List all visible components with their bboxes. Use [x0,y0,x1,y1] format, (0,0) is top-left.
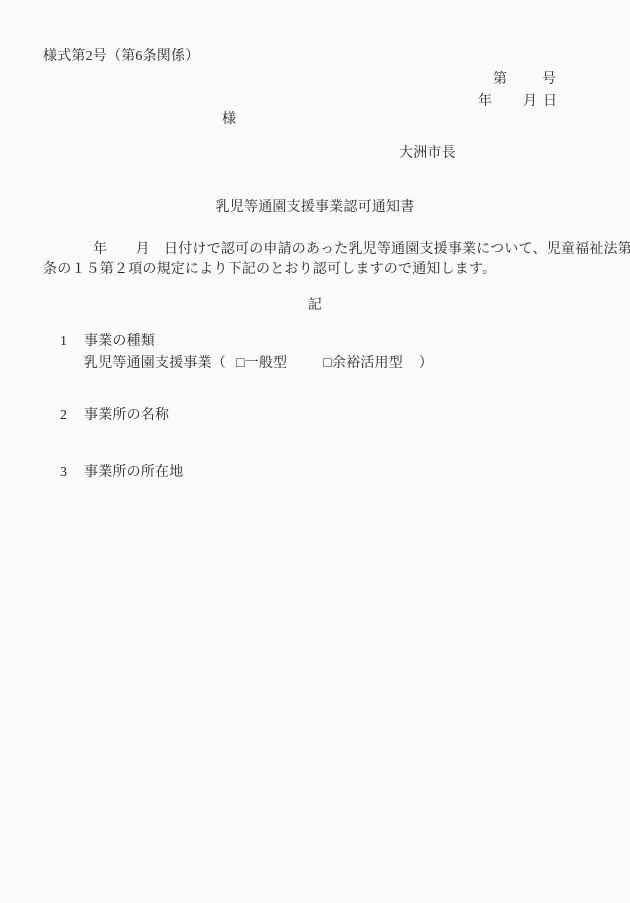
list-item-office-location: 3事業所の所在地 [60,465,183,481]
ki-heading: 記 [0,298,630,314]
item-3-number: 3 [60,465,84,481]
business-type-detail: 乳児等通園支援事業（□一般型□余裕活用型） [84,356,433,372]
item-2-label: 事業所の名称 [84,408,169,423]
capacity-use-type-label: 余裕活用型 [332,356,403,371]
option-capacity-use-type: □余裕活用型 [323,356,403,371]
date-year-label: 年 [478,94,492,110]
body-line-1: 年 月 日付けで認可の申請のあった乳児等通園支援事業について、児童福祉法第３４ [43,242,630,258]
checkbox-capacity-use-type-icon: □ [323,356,332,371]
form-number: 様式第2号（第6条関係） [43,49,199,65]
sender-name: 大洲市長 [399,146,456,162]
date-month-label: 月 [523,94,537,110]
checkbox-general-type-icon: □ [236,356,245,371]
list-item-business-type: 1事業の種類 [60,334,155,350]
body-line-2: 条の１５第２項の規定により下記のとおり認可しますので通知します。 [43,262,496,278]
item-1-label: 事業の種類 [84,334,155,349]
list-item-office-name: 2事業所の名称 [60,408,169,424]
document-page: 様式第2号（第6条関係） 第 号 年 月 日 様 大洲市長 乳児等通園支援事業認… [0,0,630,903]
document-title: 乳児等通園支援事業認可通知書 [0,200,630,216]
recipient-suffix: 様 [222,112,236,128]
item-2-number: 2 [60,408,84,424]
date-day-label: 日 [543,94,557,110]
doc-number-prefix: 第 [493,72,507,88]
doc-number-suffix: 号 [542,72,556,88]
business-type-suffix: ） [419,356,433,371]
general-type-label: 一般型 [245,356,288,371]
business-type-prefix: 乳児等通園支援事業（ [84,356,226,371]
item-3-label: 事業所の所在地 [84,465,183,480]
option-general-type: □一般型 [236,356,287,371]
item-1-number: 1 [60,334,84,350]
